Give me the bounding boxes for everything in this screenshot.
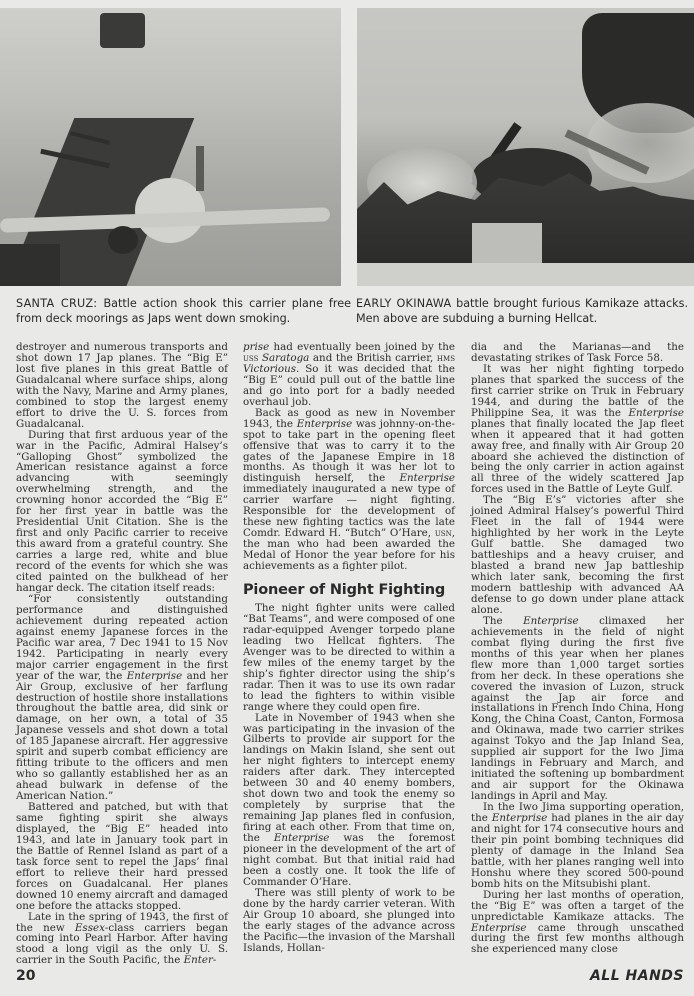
paragraph: Late in the spring of 1943, the first of… [16, 912, 228, 967]
citation-paragraph: “For consistently outstanding performanc… [16, 594, 228, 802]
paragraph: prise had eventually been joined by the … [243, 342, 455, 408]
page-number: 20 [16, 968, 35, 984]
caption-lead: EARLY OKINAWA [356, 297, 452, 310]
caption-lead: SANTA CRUZ: [16, 297, 97, 310]
paragraph: In the Iwo Jima supporting operation, th… [471, 802, 684, 890]
text-run: climaxed her achievements in the field o… [471, 615, 684, 802]
plane-tail-shape [196, 146, 204, 191]
plane-engine-shape [108, 226, 138, 254]
text-run: During her last months of operation, the… [471, 889, 684, 923]
paragraph: dia and the Marianas—and the devastating… [471, 342, 684, 364]
article-column-1: destroyer and numerous transports and sh… [16, 342, 228, 966]
distant-ship-shape [100, 13, 145, 48]
photo-okinawa-burning-hellcat [357, 8, 694, 286]
text-run: immediately inaugurated a new type of ca… [243, 483, 455, 539]
article-column-3: dia and the Marianas—and the devastating… [471, 342, 684, 955]
article-column-2: prise had eventually been joined by the … [243, 342, 455, 954]
paragraph: Late in November of 1943 when she was pa… [243, 713, 455, 888]
text-run: “For consistently outstanding performanc… [16, 593, 228, 682]
deck-edge-shape [0, 244, 60, 286]
paragraph: The night fighter units were called “Bat… [243, 603, 455, 713]
text-run: and her Air Group, exclusive of her farf… [16, 670, 228, 802]
photo-caption-left: SANTA CRUZ: Battle action shook this car… [16, 296, 351, 326]
paragraph: During her last months of operation, the… [471, 890, 684, 956]
fire-truck-shape [472, 223, 542, 263]
photo-caption-right: EARLY OKINAWA battle brought furious Kam… [356, 296, 688, 326]
flight-deck-shape [357, 263, 694, 286]
text-run: planes that finally located the Jap flee… [471, 418, 684, 496]
paragraph: Back as good as new in November 1943, th… [243, 408, 455, 572]
paragraph: The Enterprise climaxed her achievements… [471, 616, 684, 802]
paragraph: It was her night fighting torpedo planes… [471, 364, 684, 495]
paragraph: destroyer and numerous transports and sh… [16, 342, 228, 430]
paragraph: Battered and patched, but with that same… [16, 802, 228, 912]
publication-name: ALL HANDS [590, 968, 684, 984]
paragraph: The “Big E’s” victories after she joined… [471, 495, 684, 615]
text-run: had planes in the air day and night for … [471, 812, 684, 890]
section-heading: Pioneer of Night Fighting [243, 582, 455, 598]
paragraph: There was still plenty of work to be don… [243, 888, 455, 954]
ship-name: Enter- [184, 954, 217, 966]
photo-santa-cruz-carrier-deck [0, 8, 341, 286]
plane-fuselage-shape [135, 178, 205, 243]
paragraph: During that first arduous year of the wa… [16, 430, 228, 594]
text-run: Late in November of 1943 when she was pa… [243, 712, 455, 844]
